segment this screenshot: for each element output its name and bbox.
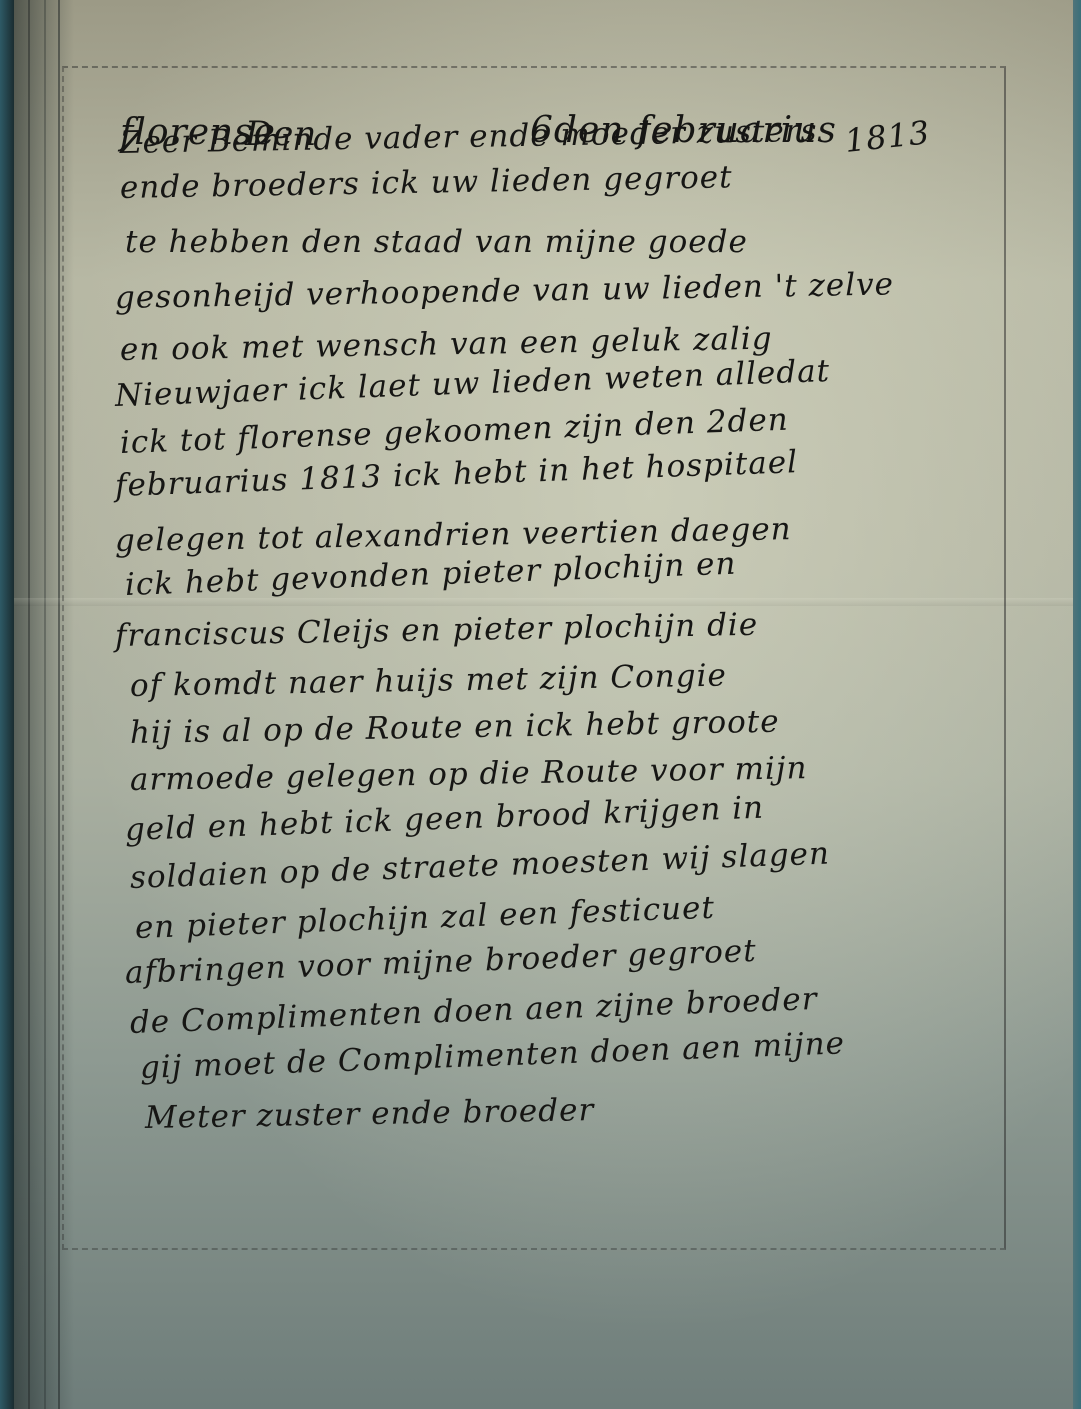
letter-line: te hebben den staad van mijne goede	[125, 224, 748, 260]
page-edge-right	[1073, 0, 1081, 1409]
page-edge-line	[58, 0, 60, 1409]
page-edge-line	[44, 0, 46, 1409]
page-stack-edge-left	[0, 0, 14, 1409]
page-edge-line	[28, 0, 30, 1409]
